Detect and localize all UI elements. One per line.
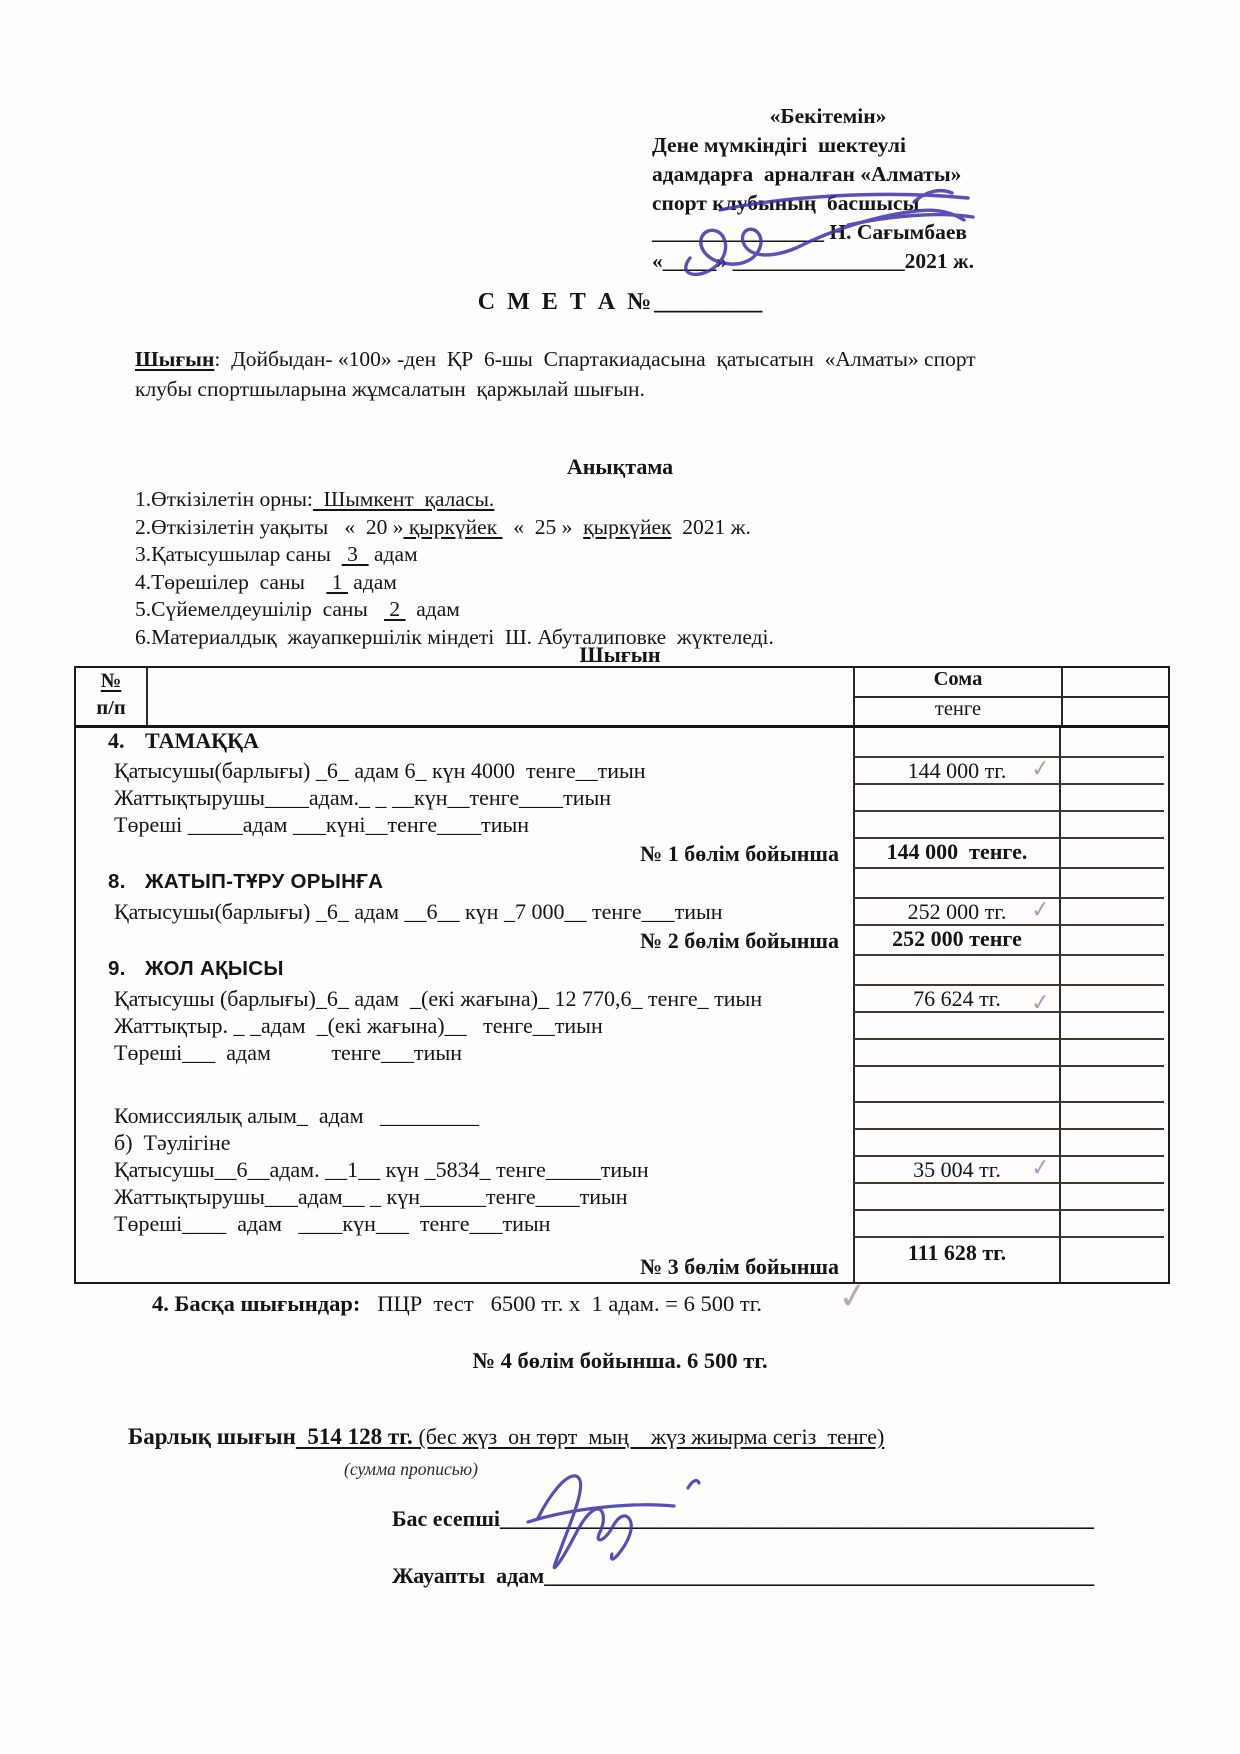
amount-value: 252 000 тг.	[908, 899, 1007, 924]
row-number: 4.	[108, 728, 145, 754]
table-row: Жаттықтырушы___адам__ _ күн______тенге__…	[76, 1184, 1168, 1211]
table-row: Қатысушы(барлығы) _6_ адам 6_ күн 4000 т…	[76, 758, 1168, 785]
subtotal-label: № 1 бөлім бойынша	[76, 839, 853, 869]
expense-table: № п/п Сома тенге 4.ТАМАҚҚА Қатысушы(барл…	[74, 666, 1170, 1284]
table-row: 4.ТАМАҚҚА	[76, 728, 1168, 758]
row-check-cell	[1059, 926, 1164, 956]
row-desc	[76, 1067, 853, 1103]
row-check-cell	[1059, 839, 1164, 869]
grand-total-words: (бес жүз он төрт мың жүз жиырма сегіз те…	[418, 1424, 884, 1449]
row-desc: Жаттықтырушы___адам__ _ күн______тенге__…	[76, 1184, 853, 1211]
intro-line: Шығын: Дойбыдан- «100» -ден ҚР 6-шы Спар…	[135, 344, 980, 374]
accountant-label: Бас есепші	[392, 1506, 500, 1531]
item-text: 1.Өткізілетін орны:	[135, 487, 313, 511]
row-check-cell	[1059, 1238, 1164, 1282]
grand-total-label: Барлық шығын	[128, 1424, 296, 1449]
row-desc: Төреші _____адам ___күні__тенге____тиын	[76, 812, 853, 839]
check-column-header	[1061, 698, 1168, 725]
check-icon: ✓	[1029, 896, 1051, 924]
row-amount	[853, 1040, 1059, 1067]
table-heading: Шығын	[0, 642, 1240, 668]
row-amount: 252 000 тг.✓	[853, 899, 1059, 926]
row-check-cell	[1059, 1211, 1164, 1238]
row-amount	[853, 1184, 1059, 1211]
amount-value: 144 000 тенге.	[887, 839, 1028, 864]
row-desc: Қатысушы(барлығы) _6_ адам __6__ күн _7 …	[76, 899, 853, 926]
subtotal-amount: 144 000 тенге.	[853, 839, 1059, 869]
check-icon: ✓	[1029, 1154, 1051, 1182]
item-filled-value: 1	[326, 570, 348, 594]
scanned-estimate-document: «Бекітемін» Дене мүмкіндігі шектеулі ада…	[0, 0, 1240, 1754]
amount-value: 144 000 тг.	[908, 758, 1007, 783]
table-row: Қатысушы (барлығы)_6_ адам _(екі жағына)…	[76, 986, 1168, 1013]
row-desc: Қатысушы (барлығы)_6_ адам _(екі жағына)…	[76, 986, 853, 1013]
row-desc: б) Тәулігіне	[76, 1130, 853, 1157]
table-row: Төреші____ адам ____күн___ тенге___тиын	[76, 1211, 1168, 1238]
item-text: адам	[406, 597, 460, 621]
reference-item: 2.Өткізілетін уақыты « 20 » қыркүйек « 2…	[135, 514, 774, 542]
pp-label: п/п	[76, 695, 146, 722]
row-check-cell	[1059, 758, 1164, 785]
page-title: С М Е Т А №_________	[0, 289, 1240, 316]
row-desc: 9.ЖОЛ АҚЫСЫ	[76, 956, 853, 986]
column-description-header	[148, 668, 853, 725]
item-text: 4.Төрешілер саны	[135, 570, 326, 594]
reference-item: 1.Өткізілетін орны: Шымкент қаласы.	[135, 486, 774, 514]
reference-list: 1.Өткізілетін орны: Шымкент қаласы. 2.Өт…	[135, 486, 774, 651]
table-row: 9.ЖОЛ АҚЫСЫ	[76, 956, 1168, 986]
approval-block: «Бекітемін» Дене мүмкіндігі шектеулі ада…	[652, 102, 1004, 276]
reference-item: 3.Қатысушылар саны 3 адам	[135, 541, 774, 569]
amount-value: 111 628 тг.	[908, 1240, 1006, 1265]
currency-label: тенге	[855, 698, 1061, 725]
item-text: 2021 ж.	[672, 515, 751, 539]
table-header: № п/п Сома тенге	[76, 668, 1168, 728]
signature-blank: ________________________________________…	[544, 1563, 1094, 1588]
row-check-cell	[1059, 1067, 1164, 1103]
column-amount-header: Сома тенге	[853, 668, 1168, 725]
row-check-cell	[1059, 1157, 1164, 1184]
date-blank: «_____» ________________	[652, 249, 905, 273]
grand-total-amount: 514 128 тг.	[296, 1424, 419, 1449]
other-expenses-text: ПЦР тест 6500 тг. x 1 адам. = 6 500 тг.	[360, 1291, 762, 1316]
row-check-cell	[1059, 1184, 1164, 1211]
row-check-cell	[1059, 869, 1164, 899]
row-check-cell	[1059, 1130, 1164, 1157]
table-row: Жаттықтырушы____адам._ _ __күн__тенге___…	[76, 785, 1168, 812]
row-amount: 35 004 тг.✓	[853, 1157, 1059, 1184]
row-desc: 4.ТАМАҚҚА	[76, 728, 853, 758]
table-row-subtotal: № 3 бөлім бойынша111 628 тг.	[76, 1238, 1168, 1282]
row-amount	[853, 785, 1059, 812]
row-check-cell	[1059, 899, 1164, 926]
row-check-cell	[1059, 956, 1164, 986]
row-desc: Жаттықтырушы____адам._ _ __күн__тенге___…	[76, 785, 853, 812]
check-column-header	[1061, 668, 1168, 696]
title-number-blank: _________	[654, 289, 762, 315]
item-text: 3.Қатысушылар саны	[135, 542, 342, 566]
responsible-person-line: Жауапты адам____________________________…	[392, 1563, 1094, 1589]
row-amount	[853, 956, 1059, 986]
intro-line: клубы спортшыларына жұмсалатын қаржылай …	[135, 374, 980, 404]
table-row: б) Тәулігіне	[76, 1130, 1168, 1157]
row-desc: 8.ЖАТЫП-ТҰРУ ОРЫНҒА	[76, 869, 853, 899]
title-label: С М Е Т А №	[478, 289, 654, 315]
row-check-cell	[1059, 812, 1164, 839]
reference-heading: Анықтама	[0, 454, 1240, 480]
no-label: №	[76, 668, 146, 695]
subtotal-amount: 111 628 тг.	[853, 1238, 1059, 1282]
amount-value: 35 004 тг.	[913, 1157, 1001, 1182]
intro-paragraph: Шығын: Дойбыдан- «100» -ден ҚР 6-шы Спар…	[135, 344, 980, 404]
item-filled-value: қыркүйек	[583, 515, 671, 539]
row-check-cell	[1059, 785, 1164, 812]
row-amount: 144 000 тг.✓	[853, 758, 1059, 785]
section4-total-line: № 4 бөлім бойынша. 6 500 тг.	[0, 1348, 1240, 1374]
chief-accountant-line: Бас есепші______________________________…	[392, 1506, 1094, 1532]
row-amount	[853, 1013, 1059, 1040]
approval-line: Дене мүмкіндігі шектеулі	[652, 131, 1004, 160]
item-text: адам	[369, 542, 418, 566]
row-check-cell	[1059, 1040, 1164, 1067]
other-expenses-label: 4. Басқа шығындар:	[152, 1291, 360, 1316]
row-amount	[853, 1103, 1059, 1130]
row-amount	[853, 812, 1059, 839]
sum-in-words-note: (сумма прописью)	[344, 1459, 478, 1480]
item-text: « 25 »	[503, 515, 584, 539]
check-icon: ✓	[835, 1274, 871, 1319]
table-row	[76, 1067, 1168, 1103]
item-text: 5.Сүйемелдеушілір саны	[135, 597, 384, 621]
table-row: Төреші _____адам ___күні__тенге____тиын	[76, 812, 1168, 839]
row-check-cell	[1059, 728, 1164, 758]
responsible-label: Жауапты адам	[392, 1563, 544, 1588]
signature-blank: ________________	[652, 220, 824, 244]
row-number: 8.	[108, 869, 145, 895]
section-title: ЖАТЫП-ТҰРУ ОРЫНҒА	[145, 870, 383, 893]
check-icon: ✓	[1029, 755, 1051, 783]
intro-text: : Дойбыдан- «100» -ден ҚР 6-шы Спартакиа…	[214, 347, 975, 371]
row-check-cell	[1059, 1103, 1164, 1130]
grand-total-line: Барлық шығын 514 128 тг. (бес жүз он төр…	[128, 1424, 884, 1450]
table-row: Жаттықтыр. _ _адам _(екі жағына)__ тенге…	[76, 1013, 1168, 1040]
table-row-subtotal: № 2 бөлім бойынша252 000 тенге	[76, 926, 1168, 956]
approval-line: спорт клубының басшысы	[652, 189, 1004, 218]
row-check-cell	[1059, 986, 1164, 1013]
amount-value: 76 624 тг.	[913, 986, 1001, 1011]
row-desc: Төреші____ адам ____күн___ тенге___тиын	[76, 1211, 853, 1238]
sum-label: Сома	[855, 668, 1061, 696]
row-amount: 76 624 тг.✓	[853, 986, 1059, 1013]
approval-line: адамдарға арналған «Алматы»	[652, 160, 1004, 189]
approval-signature-line: ________________ Н. Сағымбаев	[652, 218, 1004, 247]
row-amount	[853, 869, 1059, 899]
table-row: 8.ЖАТЫП-ТҰРУ ОРЫНҒА	[76, 869, 1168, 899]
approval-line: «Бекітемін»	[652, 102, 1004, 131]
amount-value: 252 000 тенге	[892, 926, 1022, 951]
section-title: ТАМАҚҚА	[145, 728, 259, 753]
table-row-subtotal: № 1 бөлім бойынша144 000 тенге.	[76, 839, 1168, 869]
intro-label: Шығын	[135, 347, 214, 371]
table-row: Комиссиялық алым_ адам _________	[76, 1103, 1168, 1130]
subtotal-label: № 3 бөлім бойынша	[76, 1238, 853, 1282]
row-amount	[853, 1067, 1059, 1103]
column-number-header: № п/п	[76, 668, 148, 725]
row-desc: Жаттықтыр. _ _адам _(екі жағына)__ тенге…	[76, 1013, 853, 1040]
reference-item: 5.Сүйемелдеушілір саны 2 адам	[135, 596, 774, 624]
item-filled-value: қыркүйек	[403, 515, 502, 539]
signature-blank: ________________________________________…	[500, 1506, 1094, 1531]
item-filled-value: 2	[384, 597, 406, 621]
section-title: ЖОЛ АҚЫСЫ	[145, 957, 284, 980]
row-desc: Комиссиялық алым_ адам _________	[76, 1103, 853, 1130]
item-text: адам	[348, 570, 397, 594]
year-label: 2021 ж.	[905, 249, 974, 273]
other-expenses-line: 4. Басқа шығындар: ПЦР тест 6500 тг. x 1…	[152, 1291, 762, 1317]
director-name: Н. Сағымбаев	[824, 220, 967, 244]
reference-item: 4.Төрешілер саны 1 адам	[135, 569, 774, 597]
approval-date-line: «_____» ________________2021 ж.	[652, 247, 1004, 276]
row-amount	[853, 728, 1059, 758]
row-desc: Қатысушы__6__адам. __1__ күн _5834_ тенг…	[76, 1157, 853, 1184]
item-filled-value: Шымкент қаласы.	[313, 487, 494, 511]
row-check-cell	[1059, 1013, 1164, 1040]
item-text: 2.Өткізілетін уақыты « 20 »	[135, 515, 403, 539]
subtotal-label: № 2 бөлім бойынша	[76, 926, 853, 956]
row-desc: Төреші___ адам тенге___тиын	[76, 1040, 853, 1067]
table-row: Қатысушы__6__адам. __1__ күн _5834_ тенг…	[76, 1157, 1168, 1184]
row-amount	[853, 1211, 1059, 1238]
item-filled-value: 3	[342, 542, 369, 566]
table-row: Төреші___ адам тенге___тиын	[76, 1040, 1168, 1067]
table-row: Қатысушы(барлығы) _6_ адам __6__ күн _7 …	[76, 899, 1168, 926]
row-amount	[853, 1130, 1059, 1157]
subtotal-amount: 252 000 тенге	[853, 926, 1059, 956]
row-desc: Қатысушы(барлығы) _6_ адам 6_ күн 4000 т…	[76, 758, 853, 785]
row-number: 9.	[108, 956, 145, 982]
